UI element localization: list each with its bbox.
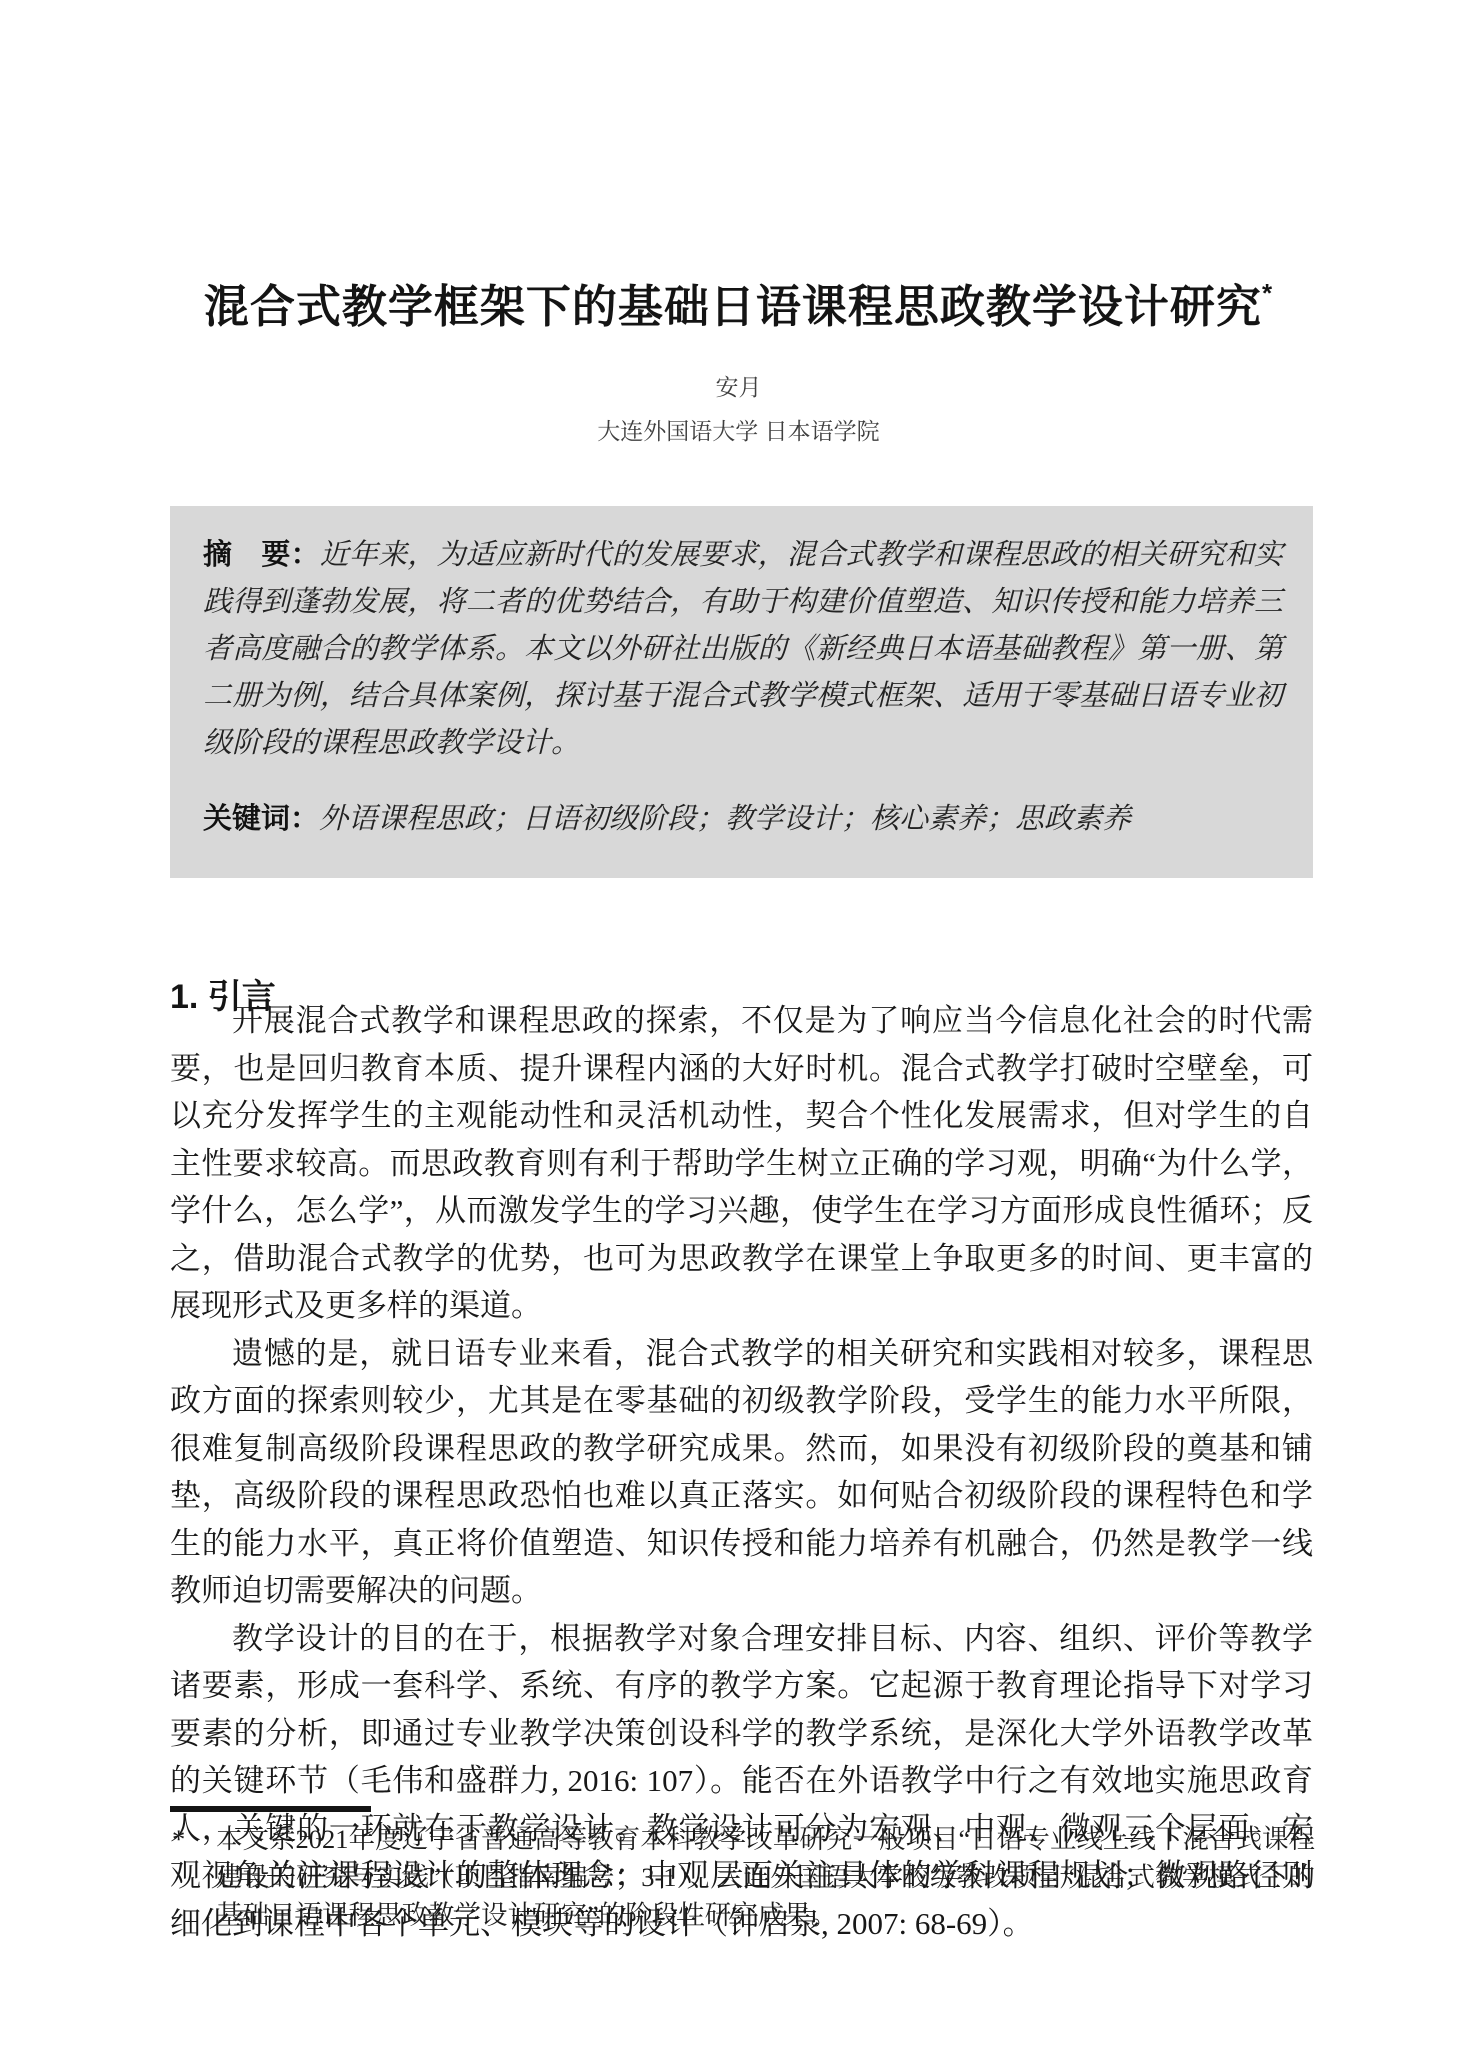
footnote-text: 本文系2021年度辽宁省普通高等教育本科教学改革研究一般项目“日语专业线上线下混… [216, 1820, 1315, 1934]
intro-paragraph-1: 开展混合式教学和课程思政的探索，不仅是为了响应当今信息化社会的时代需要，也是回归… [170, 997, 1313, 1330]
paper-title: 混合式教学框架下的基础日语课程思政教学设计研究* [0, 270, 1477, 335]
footnote: * 本文系2021年度辽宁省普通高等教育本科教学改革研究一般项目“日语专业线上线… [170, 1820, 1315, 1934]
introduction-body: 开展混合式教学和课程思政的探索，不仅是为了响应当今信息化社会的时代需要，也是回归… [170, 997, 1313, 1947]
footnote-marker: * [172, 1820, 185, 1858]
abstract-label: 摘 要： [203, 539, 320, 571]
author-name: 安月 [0, 369, 1477, 402]
keywords-line: 关键词：外语课程思政；日语初级阶段；教学设计；核心素养；思政素养 [203, 796, 1283, 843]
intro-paragraph-2: 遗憾的是，就日语专业来看，混合式教学的相关研究和实践相对较多，课程思政方面的探索… [170, 1330, 1313, 1615]
keywords-text: 外语课程思政；日语初级阶段；教学设计；核心素养；思政素养 [319, 803, 1131, 835]
paper-title-text: 混合式教学框架下的基础日语课程思政教学设计研究 [204, 281, 1262, 332]
abstract-box: 摘 要：近年来，为适应新时代的发展要求，混合式教学和课程思政的相关研究和实践得到… [170, 506, 1313, 878]
paper-page: 混合式教学框架下的基础日语课程思政教学设计研究* 安月 大连外国语大学 日本语学… [0, 0, 1477, 2069]
abstract-text: 近年来，为适应新时代的发展要求，混合式教学和课程思政的相关研究和实践得到蓬勃发展… [203, 539, 1283, 759]
abstract-paragraph: 摘 要：近年来，为适应新时代的发展要求，混合式教学和课程思政的相关研究和实践得到… [203, 532, 1283, 767]
keywords-label: 关键词： [203, 803, 319, 835]
footnote-separator-rule [170, 1806, 371, 1812]
title-footnote-marker: * [1262, 278, 1273, 308]
author-affiliation: 大连外国语大学 日本语学院 [0, 413, 1477, 446]
